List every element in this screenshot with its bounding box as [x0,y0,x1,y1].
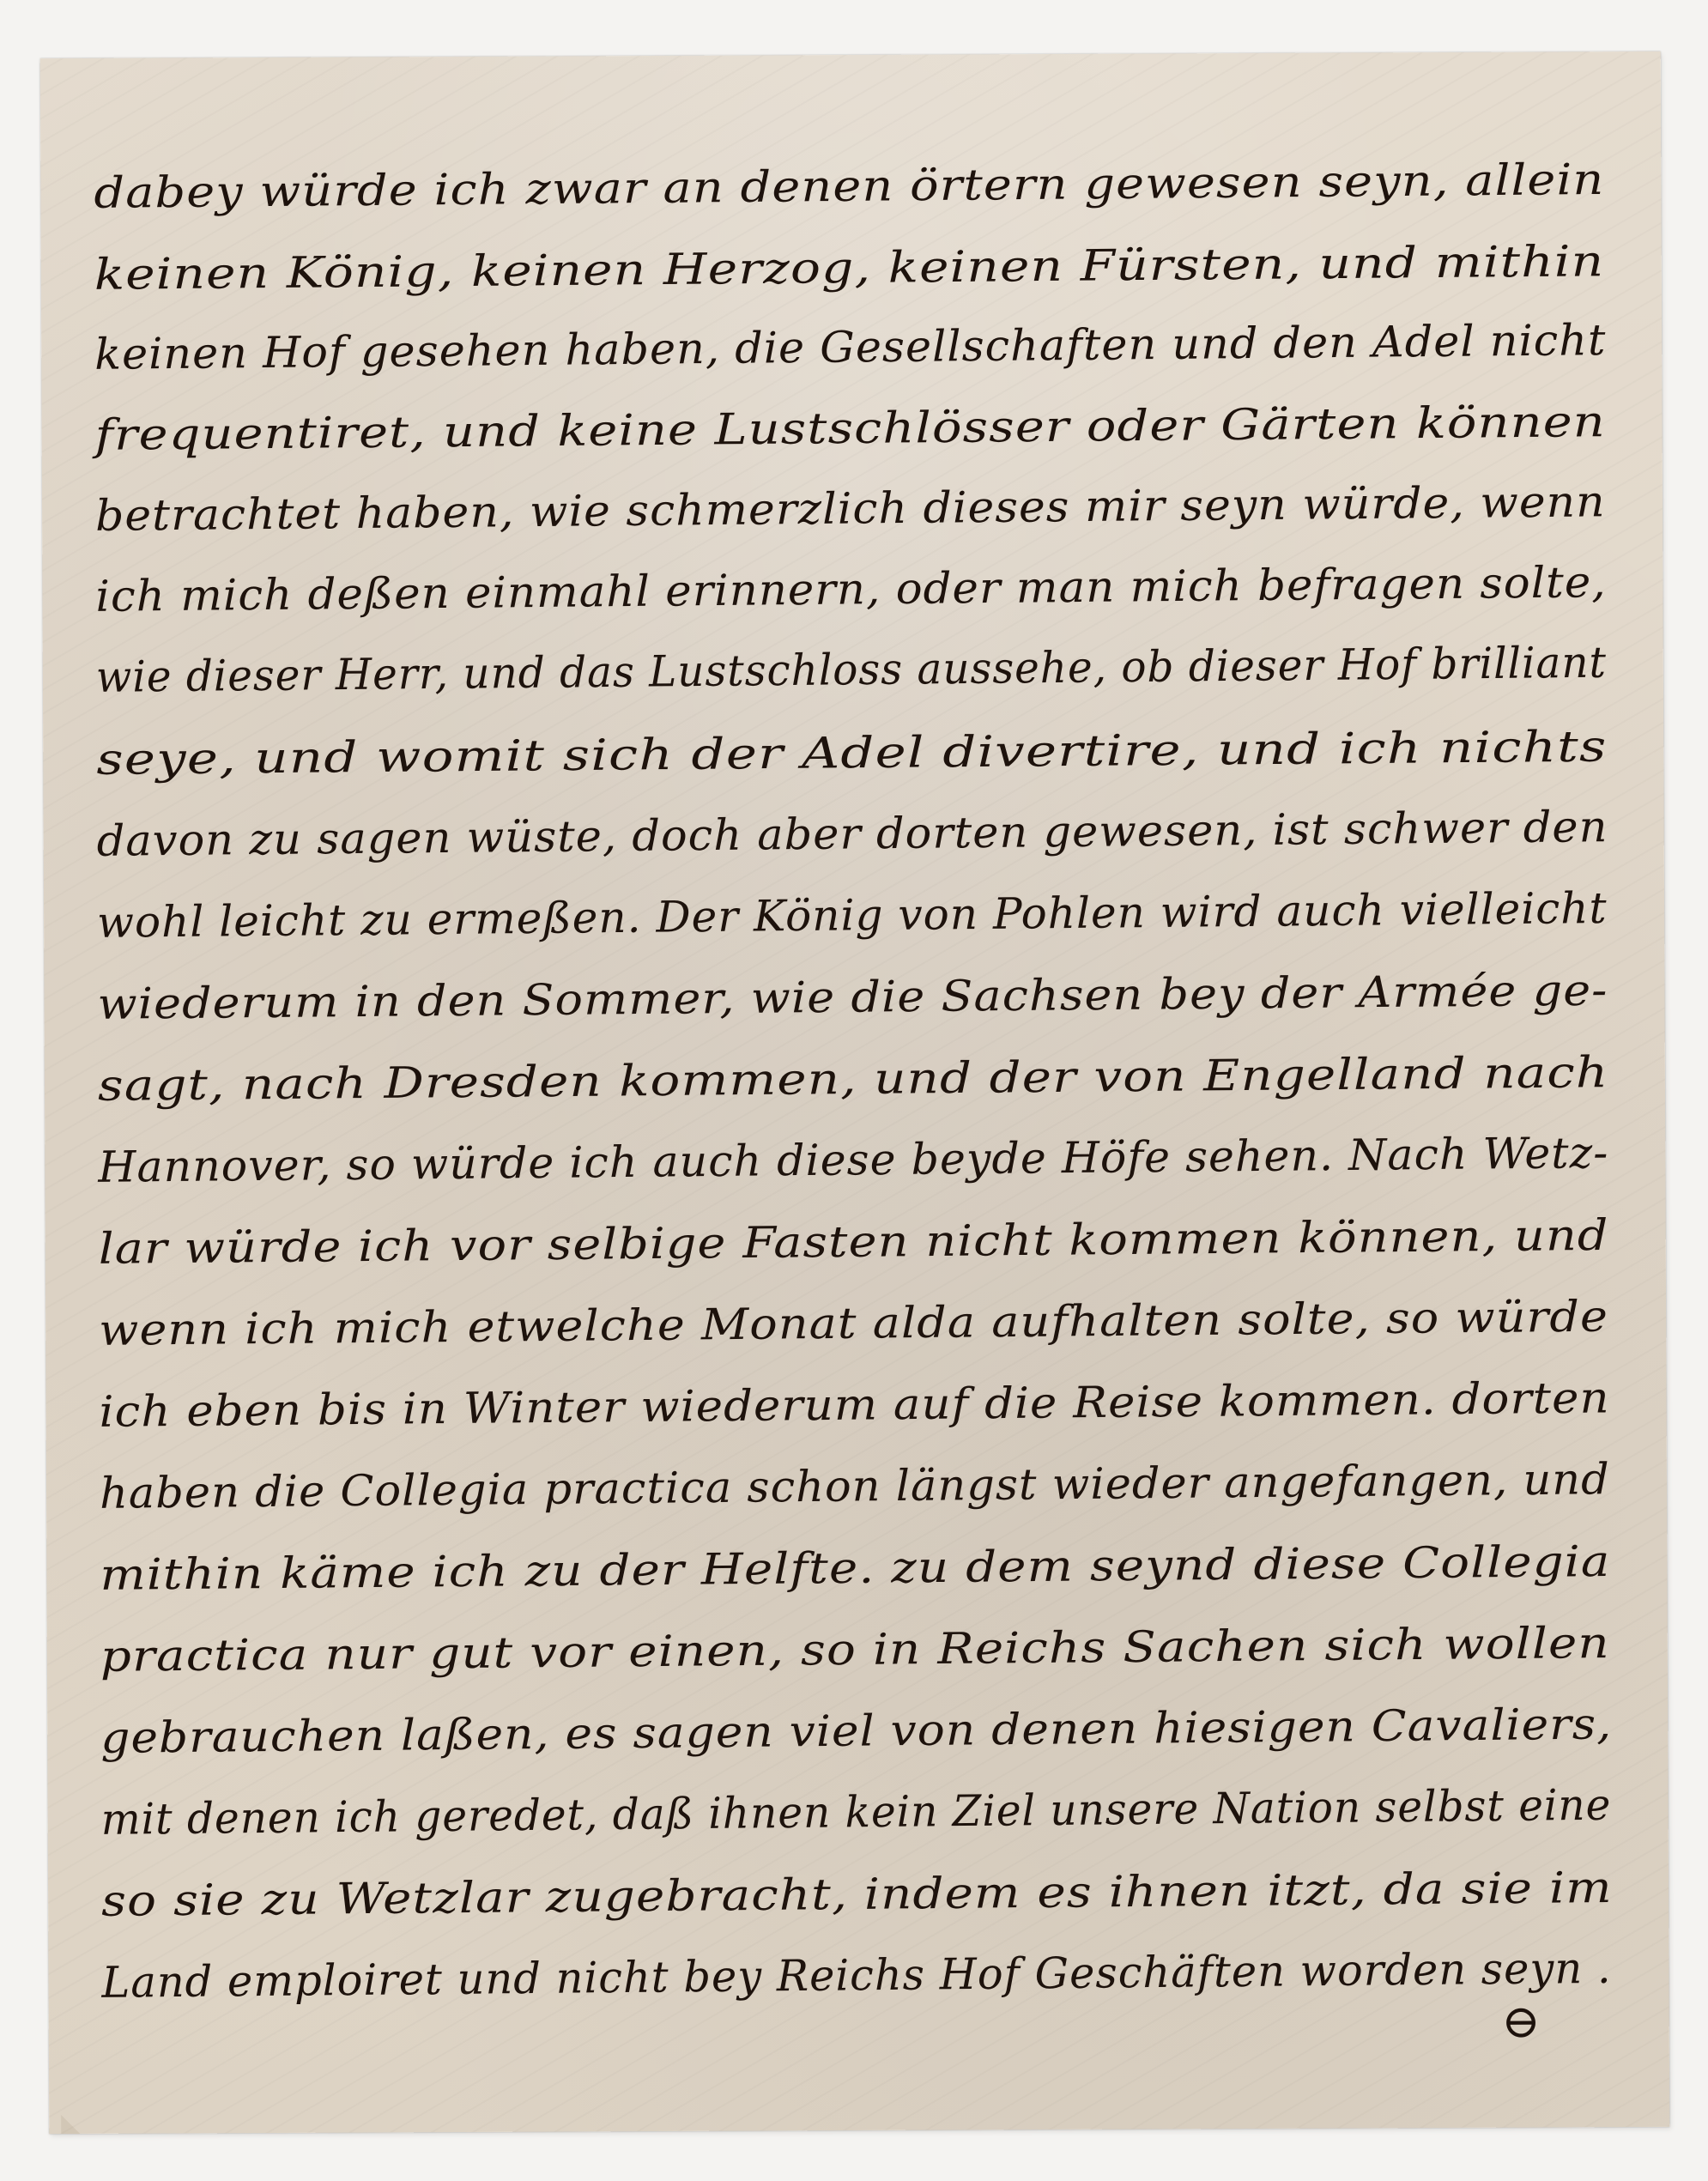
text-line-1: dabey würde ich zwar an denen örtern gew… [94,154,1604,218]
text-line-5: betrachtet haben, wie schmerzlich dieses… [95,476,1606,541]
text-line-16: ich eben bis in Winter wiederum auf die … [99,1372,1610,1436]
text-line-19: practica nur gut vor einen, so in Reichs… [100,1618,1610,1681]
handwritten-text-body: dabey würde ich zwar an denen örtern gew… [94,127,1621,134]
text-line-10: wohl leicht zu ermeßen. Der König von Po… [97,883,1608,948]
text-line-18: mithin käme ich zu der Helfte. zu dem se… [100,1536,1611,1600]
text-line-13: Hannover, so würde ich auch diese beyde … [98,1128,1609,1192]
text-line-15: wenn ich mich etwelche Monat alda aufhal… [99,1292,1608,1355]
text-line-9: davon zu sagen wüste, doch aber dorten g… [96,802,1608,866]
text-line-11: wiederum in den Sommer, wie die Sachsen … [97,966,1608,1029]
folded-corner [61,2115,80,2134]
text-line-23: Land emploiret und nicht bey Reichs Hof … [101,1943,1612,2008]
text-line-12: sagt, nach Dresden kommen, und der von E… [98,1047,1609,1111]
text-line-17: haben die Collegia practica schon längst… [100,1454,1610,1518]
line-8-text: seye, und womit sich der Adel divertire,… [96,722,1608,785]
manuscript-page: dabey würde ich zwar an denen örtern gew… [40,51,1670,2134]
text-line-21: mit denen ich geredet, daß ihnen kein Zi… [100,1780,1611,1845]
text-line-6: ich mich deßen einmahl erinnern, oder ma… [95,557,1607,621]
text-line-20: gebrauchen laßen, es sagen viel von dene… [100,1699,1612,1763]
catchword-mark-icon: ⊖ [1501,1995,1541,2049]
text-line-4: frequentiret, und keine Lustschlösser od… [94,397,1606,460]
text-line-14: lar würde ich vor selbige Fasten nicht k… [98,1210,1608,1274]
text-line-8: seye, und womit sich der Adel divertire,… [96,722,1608,785]
text-line-3: keinen Hof gesehen haben, die Gesellscha… [94,315,1607,379]
text-line-22: so sie zu Wetzlar zugebracht, indem es i… [101,1863,1613,1926]
text-line-2: keinen König, keinen Herzog, keinen Fürs… [94,236,1605,300]
text-line-7: wie dieser Herr, und das Lustschloss aus… [96,638,1608,702]
